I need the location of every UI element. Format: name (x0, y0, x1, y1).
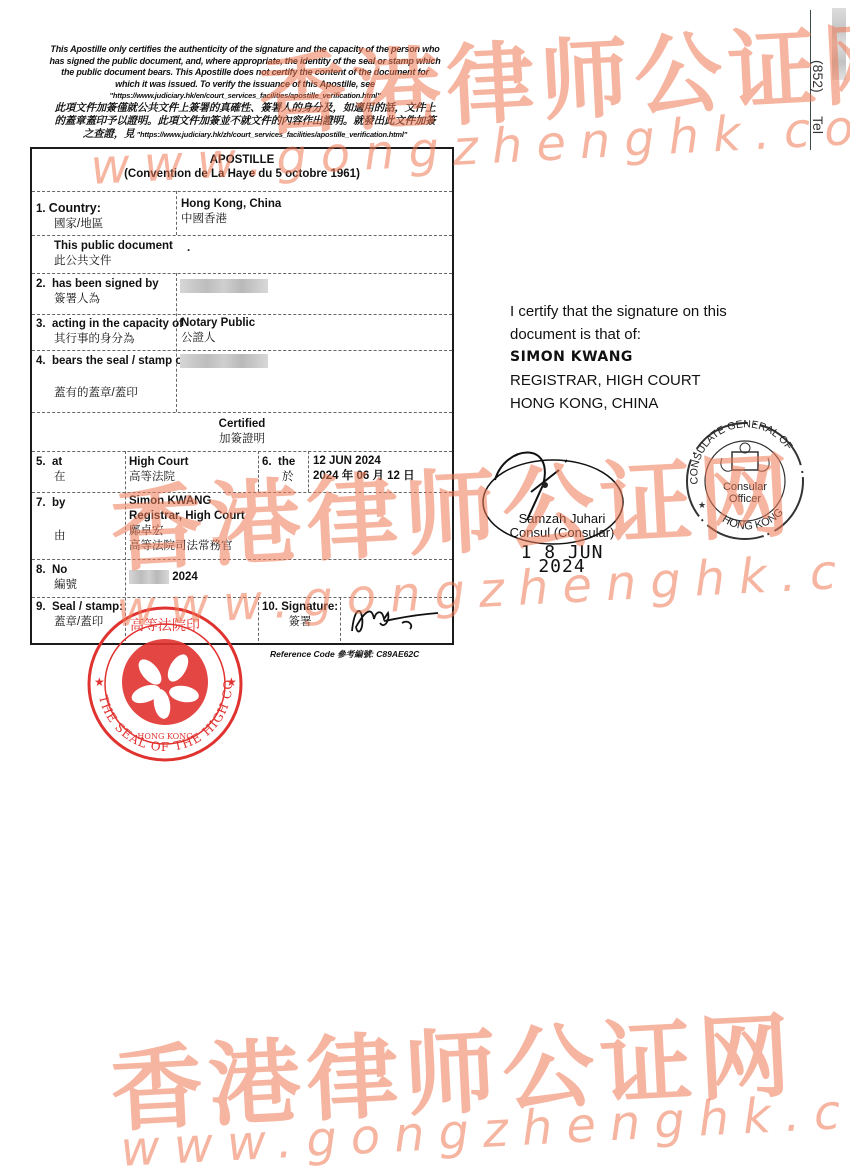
the-label: 6. the 於 (262, 455, 295, 485)
disclaimer-en-url: "https://www.judiciary.hk/en/court_servi… (30, 90, 460, 102)
by-value: Simon KWANG Registrar, High Court 鄺卓宏 高等… (129, 494, 245, 554)
certify-line: I certify that the signature on this (510, 300, 810, 323)
apostille-title: APOSTILLE (32, 153, 452, 167)
watermark-zh: 香港律师公证网 (107, 982, 799, 1150)
watermark-url: www.gongzhenghk.com (119, 1078, 850, 1176)
seal-of-label: 4. bears the seal / stamp of (36, 354, 186, 369)
public-document-value: . (187, 241, 190, 256)
number-value: 2024 (129, 570, 198, 585)
seal-of-label-zh: 蓋有的蓋章/蓋印 (54, 386, 138, 401)
svg-text:★: ★ (94, 675, 105, 689)
consul-title: Consul (Consular) (492, 526, 632, 540)
disclaimer-en-line: This Apostille only certifies the authen… (30, 44, 460, 56)
country-value: Hong Kong, China 中國香港 (181, 197, 281, 227)
signed-by-value-redacted (180, 279, 268, 294)
svg-text:HONG KONG: HONG KONG (720, 506, 786, 532)
disclaimer-en-line: has signed the public document, and, whe… (30, 56, 460, 68)
country-label: 1. Country: 國家/地區 (36, 201, 103, 232)
certified-signatory-name: SIMON KWANG (510, 346, 810, 369)
by-label-zh: 由 (54, 529, 66, 544)
by-label: 7. by (36, 496, 65, 511)
date-value: 12 JUN 2024 2024 年 06 月 12 日 (313, 454, 415, 484)
apostille-subtitle: (Convention de La Haye du 5 octobre 1961… (32, 167, 452, 181)
number-label: 8. No 編號 (36, 563, 77, 593)
side-tel-text: (852) Tel (810, 60, 826, 134)
disclaimer-zh-line: 的蓋章蓋印予以證明。此項文件加簽並不就文件的內容作出證明。就發出此文件加簽 (30, 115, 460, 128)
consul-block: Samzah Juhari Consul (Consular) 1 8 JUN … (492, 512, 632, 574)
apostille-disclaimer: This Apostille only certifies the authen… (30, 44, 460, 141)
capacity-label: 3. acting in the capacity of 其行事的身分為 (36, 317, 183, 347)
certified-signatory-title: REGISTRAR, HIGH COURT (510, 369, 810, 392)
svg-text:Officer: Officer (729, 493, 762, 505)
disclaimer-en-line: the public document bears. This Apostill… (30, 67, 460, 79)
reference-code: Reference Code 參考編號: C89AE62C (270, 648, 419, 660)
disclaimer-en-line: which it was issued. To verify the issua… (30, 79, 460, 91)
svg-text:Consular: Consular (723, 481, 767, 493)
consul-name: Samzah Juhari (492, 512, 632, 526)
consular-certification: I certify that the signature on this doc… (510, 300, 810, 415)
consulate-stamp-icon: CONSULATE GENERAL OF HONG KONG Consular … (682, 418, 808, 544)
disclaimer-zh-tail: 之查證，見 (83, 128, 135, 140)
public-document-label: This public document 此公共文件 (54, 239, 173, 269)
signature-label: 10. Signature: 簽署 (262, 600, 338, 630)
signed-by-label: 2. has been signed by 簽署人為 (36, 277, 159, 307)
at-value: High Court 高等法院 (129, 455, 188, 485)
apostille-certificate: APOSTILLE (Convention de La Haye du 5 oc… (30, 147, 454, 645)
disclaimer-zh-url: "https://www.judiciary.hk/zh/court_servi… (137, 130, 407, 139)
certify-line: document is that of: (510, 323, 810, 346)
svg-text:★: ★ (698, 500, 706, 510)
certified-heading: Certified 加簽證明 (32, 417, 452, 447)
consul-date: 1 8 JUN 2024 (492, 546, 632, 574)
registrar-signature (344, 601, 444, 639)
svg-text:高等法院印: 高等法院印 (130, 617, 200, 634)
high-court-seal-icon: 高等法院印 HONG KONG THE SEAL OF THE HIGH COU… (80, 604, 250, 764)
seal-of-value-redacted (180, 354, 268, 369)
certified-signatory-place: HONG KONG, CHINA (510, 392, 810, 415)
apostille-header: APOSTILLE (Convention de La Haye du 5 oc… (32, 153, 452, 181)
tel-redacted (832, 8, 846, 80)
svg-text:★: ★ (226, 675, 237, 689)
disclaimer-zh-line: 此項文件加簽僅就公共文件上簽署的真確性、簽署人的身分及，如適用的話，文件上 (30, 102, 460, 115)
capacity-value: Notary Public 公證人 (181, 316, 255, 346)
at-label: 5. at 在 (36, 455, 66, 485)
